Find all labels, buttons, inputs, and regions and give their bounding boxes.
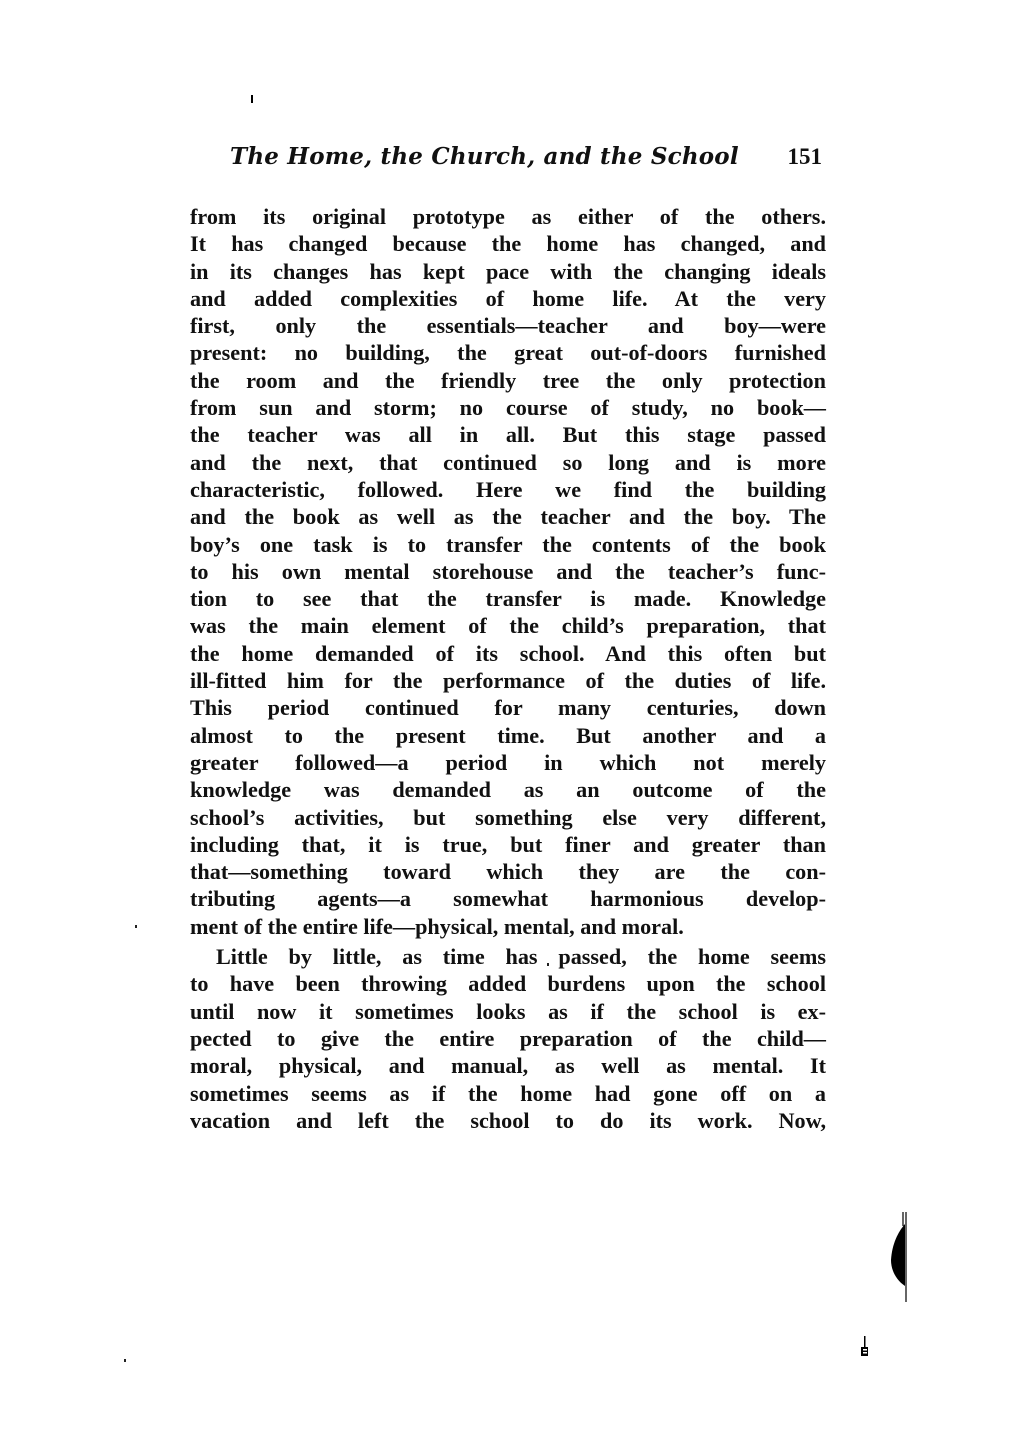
scan-artifact-mark: [888, 1212, 910, 1302]
text-line: and added complexities of home life. At …: [190, 285, 826, 312]
text-line: to have been throwing added burdens upon…: [190, 970, 826, 997]
text-line: including that, it is true, but finer an…: [190, 831, 826, 858]
running-header: The Home, the Church, and the School 151: [230, 143, 822, 177]
text-line: tributing agents—a somewhat harmonious d…: [190, 885, 826, 912]
text-line: that—something toward which they are the…: [190, 858, 826, 885]
scan-speck-left: [135, 925, 137, 928]
running-title: The Home, the Church, and the School: [230, 143, 739, 170]
text-line: and the next, that continued so long and…: [190, 449, 826, 476]
text-line: in its changes has kept pace with the ch…: [190, 258, 826, 285]
paragraph-1: from its original prototype as either of…: [190, 203, 826, 940]
scan-speck-bottom-left: [124, 1359, 126, 1362]
text-line: from its original prototype as either of…: [190, 203, 826, 230]
text-line: first, only the essentials—teacher and b…: [190, 312, 826, 339]
text-line: sometimes seems as if the home had gone …: [190, 1080, 826, 1107]
text-line: the room and the friendly tree the only …: [190, 367, 826, 394]
text-line: until now it sometimes looks as if the s…: [190, 998, 826, 1025]
text-line: the home demanded of its school. And thi…: [190, 640, 826, 667]
text-line: the teacher was all in all. But this sta…: [190, 421, 826, 448]
text-line: and the book as well as the teacher and …: [190, 503, 826, 530]
book-page: The Home, the Church, and the School 151…: [0, 0, 1010, 1454]
text-line: characteristic, followed. Here we find t…: [190, 476, 826, 503]
scan-speck-top-left: [251, 95, 253, 103]
text-line: school’s activities, but something else …: [190, 804, 826, 831]
text-line: tion to see that the transfer is made. K…: [190, 585, 826, 612]
text-line: greater followed—a period in which not m…: [190, 749, 826, 776]
text-line: ment of the entire life—physical, mental…: [190, 913, 826, 940]
text-line: boy’s one task is to transfer the conten…: [190, 531, 826, 558]
text-line: Little by little, as time has passed, th…: [190, 943, 826, 970]
text-line: pected to give the entire preparation of…: [190, 1025, 826, 1052]
paragraph-2: Little by little, as time has passed, th…: [190, 943, 826, 1134]
text-line: ill-fitted him for the performance of th…: [190, 667, 826, 694]
text-line: was the main element of the child’s prep…: [190, 612, 826, 639]
text-line: from sun and storm; no course of study, …: [190, 394, 826, 421]
page-number: 151: [788, 144, 823, 170]
text-line: present: no building, the great out-of-d…: [190, 339, 826, 366]
text-line: This period continued for many centuries…: [190, 694, 826, 721]
scan-artifact-small-mark: [858, 1336, 872, 1358]
text-line: almost to the present time. But another …: [190, 722, 826, 749]
body-text: from its original prototype as either of…: [190, 203, 826, 1134]
text-line: It has changed because the home has chan…: [190, 230, 826, 257]
text-line: moral, physical, and manual, as well as …: [190, 1052, 826, 1079]
text-line: vacation and left the school to do its w…: [190, 1107, 826, 1134]
text-line: to his own mental storehouse and the tea…: [190, 558, 826, 585]
text-line: knowledge was demanded as an outcome of …: [190, 776, 826, 803]
